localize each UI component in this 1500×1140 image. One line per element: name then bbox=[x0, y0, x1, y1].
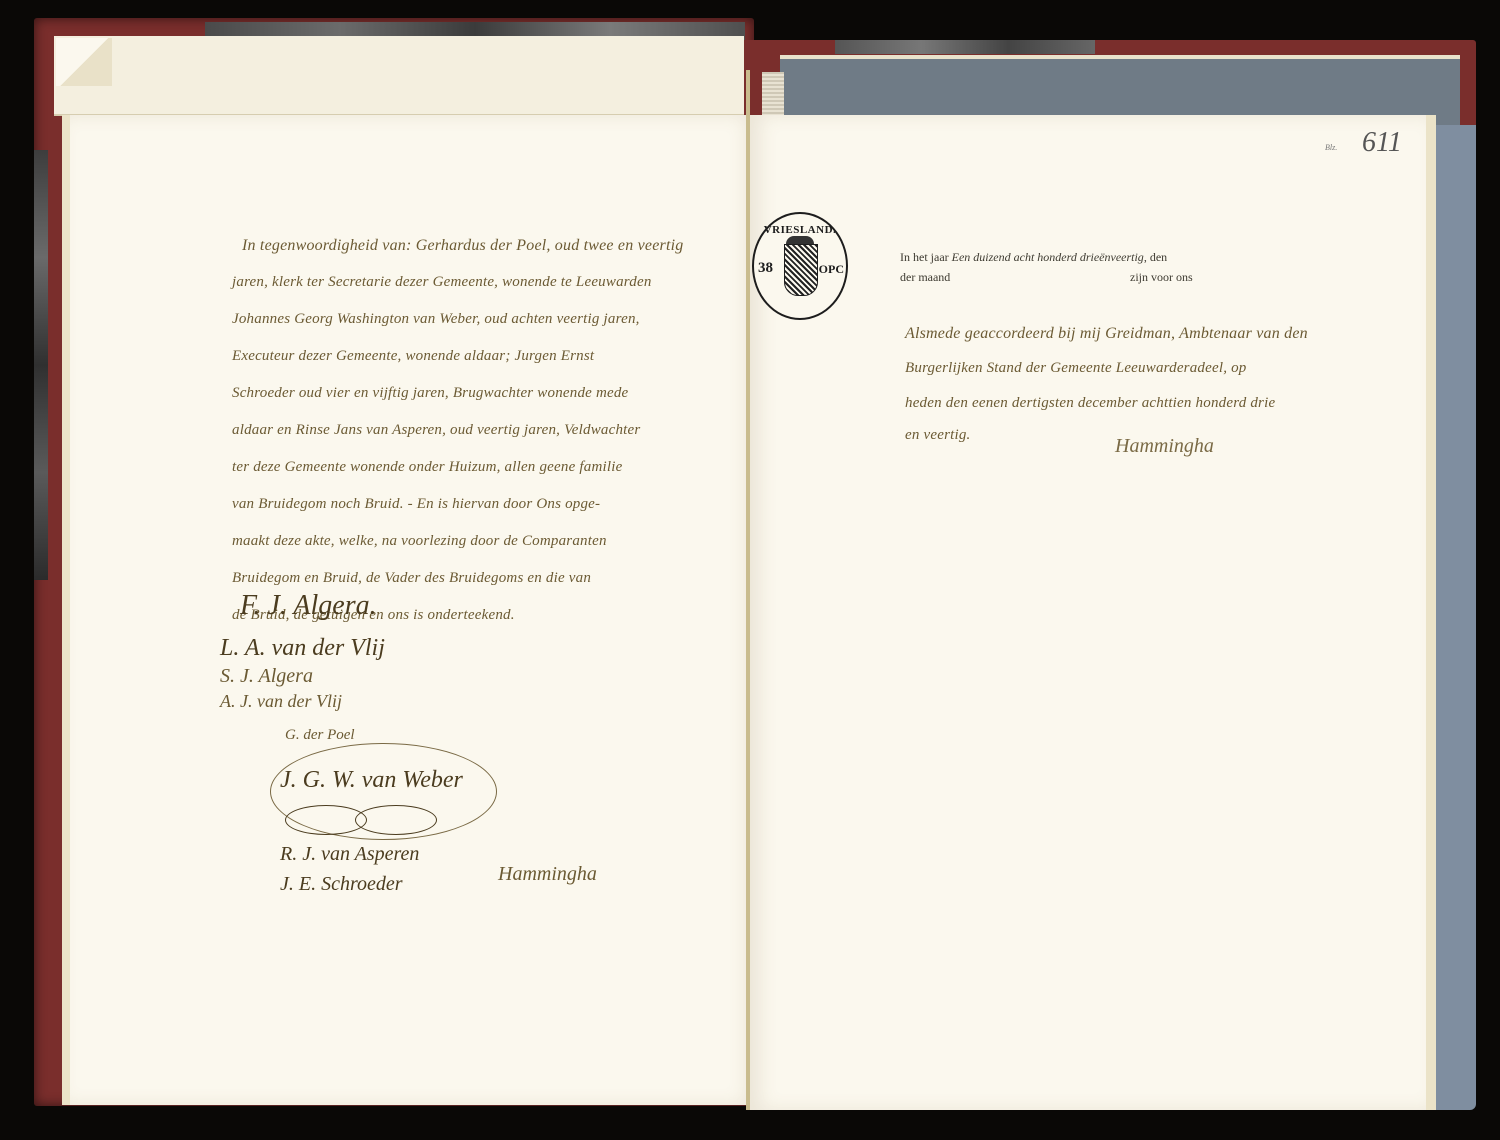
marbled-board-left-edge bbox=[34, 150, 48, 580]
body-line: Bruidegom en Bruid, de Vader des Bruideg… bbox=[232, 570, 591, 587]
folded-corner bbox=[56, 38, 112, 86]
body-line: jaren, klerk ter Secretarie dezer Gemeen… bbox=[232, 274, 652, 291]
body-line: aldaar en Rinse Jans van Asperen, oud ve… bbox=[232, 422, 640, 439]
body-line: maakt deze akte, welke, na voorlezing do… bbox=[232, 533, 607, 550]
signature-bride: L. A. van der Vlij bbox=[220, 635, 385, 662]
stamp-right-value: OPC bbox=[819, 262, 844, 277]
blue-paper-side-edge bbox=[1430, 125, 1476, 1110]
folio-number: 611 bbox=[1362, 127, 1402, 159]
left-page: In tegenwoordigheid van: Gerhardus der P… bbox=[62, 115, 756, 1105]
body-line: van Bruidegom noch Bruid. - En is hierva… bbox=[232, 496, 600, 513]
printed-header-line-2-left: der maand bbox=[900, 270, 950, 285]
signature-witness-weber: J. G. W. van Weber bbox=[280, 767, 463, 794]
signature-registrar: Hammingha bbox=[498, 863, 597, 886]
signature-registrar-right: Hammingha bbox=[1115, 435, 1214, 458]
stamp-left-value: 38 bbox=[758, 260, 773, 277]
folded-flyleaf bbox=[54, 36, 744, 116]
printed-header-line-1: In het jaar Een duizend acht honderd dri… bbox=[900, 250, 1167, 265]
body-line: Executeur dezer Gemeente, wonende aldaar… bbox=[232, 348, 594, 365]
vriesland-tax-stamp: VRIESLAND. 38 OPC bbox=[752, 212, 848, 320]
coat-of-arms-icon bbox=[784, 244, 818, 296]
signature-father-groom: S. J. Algera bbox=[220, 665, 313, 688]
signature-father-bride: A. J. van der Vlij bbox=[220, 691, 342, 712]
body-line: ter deze Gemeente wonende onder Huizum, … bbox=[232, 459, 622, 476]
right-page: Blz. 611 In het jaar Een duizend acht ho… bbox=[750, 115, 1436, 1110]
signature-witness-poel: G. der Poel bbox=[285, 727, 355, 744]
body-line: heden den eenen dertigsten december acht… bbox=[905, 395, 1275, 412]
signature-loop-icon bbox=[355, 805, 437, 835]
stamp-region: VRIESLAND. bbox=[754, 224, 846, 236]
body-line: In tegenwoordigheid van: Gerhardus der P… bbox=[242, 237, 683, 255]
body-line: Alsmede geaccordeerd bij mij Greidman, A… bbox=[905, 325, 1308, 343]
marbled-board-top-right bbox=[835, 40, 1095, 54]
signature-witness-schroeder: J. E. Schroeder bbox=[280, 873, 403, 896]
body-line: Johannes Georg Washington van Weber, oud… bbox=[232, 311, 640, 328]
body-line: Schroeder oud vier en vijftig jaren, Bru… bbox=[232, 385, 628, 402]
folio-label: Blz. bbox=[1325, 143, 1337, 152]
body-line: en veertig. bbox=[905, 427, 971, 444]
signature-groom: F. J. Algera. bbox=[240, 590, 377, 622]
body-line: Burgerlijken Stand der Gemeente Leeuward… bbox=[905, 360, 1247, 377]
signature-witness-asperen: R. J. van Asperen bbox=[280, 843, 419, 866]
printed-header-line-2-right: zijn voor ons bbox=[1130, 270, 1193, 285]
